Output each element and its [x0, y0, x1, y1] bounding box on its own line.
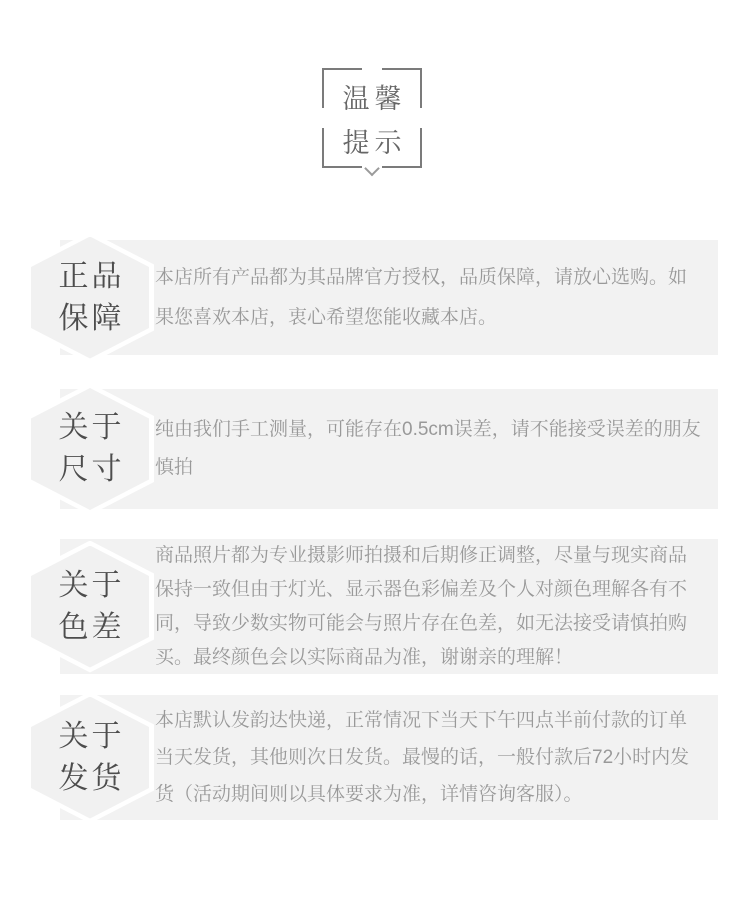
section-panel: 商品照片都为专业摄影师拍摄和后期修正调整，尽量与现实商品保持一致但由于灯光、显示…: [60, 539, 718, 674]
section-shipping: 本店默认发韵达快递，正常情况下当天下午四点半前付款的订单当天发货，其他则次日发货…: [0, 695, 750, 820]
warm-tips-page: 温馨 提示 本店所有产品都为其品牌官方授权，品质保障，请放心选购。如果您喜欢本店…: [0, 0, 750, 900]
section-text-wrap: 纯由我们手工测量，可能存在0.5cm误差，请不能接受误差的朋友慎拍: [155, 389, 704, 509]
section-text: 纯由我们手工测量，可能存在0.5cm误差，请不能接受误差的朋友慎拍: [155, 411, 704, 487]
hexagon-badge: 正品 保障: [26, 232, 154, 364]
hexagon-badge: 关于 发货: [26, 692, 154, 824]
section-panel: 纯由我们手工测量，可能存在0.5cm误差，请不能接受误差的朋友慎拍: [60, 389, 718, 509]
badge-line2: 尺寸: [56, 449, 125, 491]
page-title-line2: 提示: [338, 121, 407, 160]
badge-line1: 关于: [56, 716, 125, 758]
section-text: 商品照片都为专业摄影师拍摄和后期修正调整，尽量与现实商品保持一致但由于灯光、显示…: [155, 539, 704, 675]
section-color-difference: 商品照片都为专业摄影师拍摄和后期修正调整，尽量与现实商品保持一致但由于灯光、显示…: [0, 539, 750, 674]
warm-tips-header: 温馨 提示: [322, 68, 422, 168]
page-title: 温馨 提示: [322, 68, 422, 168]
page-title-line1: 温馨: [338, 77, 407, 116]
badge-line1: 关于: [56, 565, 125, 607]
section-text-wrap: 商品照片都为专业摄影师拍摄和后期修正调整，尽量与现实商品保持一致但由于灯光、显示…: [155, 539, 704, 674]
badge-line2: 色差: [56, 607, 125, 649]
section-text: 本店默认发韵达快递，正常情况下当天下午四点半前付款的订单当天发货，其他则次日发货…: [155, 702, 704, 813]
section-text-wrap: 本店所有产品都为其品牌官方授权，品质保障，请放心选购。如果您喜欢本店，衷心希望您…: [155, 240, 704, 355]
section-panel: 本店默认发韵达快递，正常情况下当天下午四点半前付款的订单当天发货，其他则次日发货…: [60, 695, 718, 820]
badge-line2: 保障: [56, 298, 125, 340]
section-size: 纯由我们手工测量，可能存在0.5cm误差，请不能接受误差的朋友慎拍 关于 尺寸: [0, 389, 750, 509]
badge-line2: 发货: [56, 758, 125, 800]
badge-line1: 正品: [56, 256, 125, 298]
badge-line1: 关于: [56, 407, 125, 449]
section-text: 本店所有产品都为其品牌官方授权，品质保障，请放心选购。如果您喜欢本店，衷心希望您…: [155, 258, 704, 338]
hexagon-badge: 关于 色差: [26, 541, 154, 673]
section-panel: 本店所有产品都为其品牌官方授权，品质保障，请放心选购。如果您喜欢本店，衷心希望您…: [60, 240, 718, 355]
hexagon-badge: 关于 尺寸: [26, 383, 154, 515]
section-text-wrap: 本店默认发韵达快递，正常情况下当天下午四点半前付款的订单当天发货，其他则次日发货…: [155, 695, 704, 820]
section-authenticity: 本店所有产品都为其品牌官方授权，品质保障，请放心选购。如果您喜欢本店，衷心希望您…: [0, 240, 750, 355]
